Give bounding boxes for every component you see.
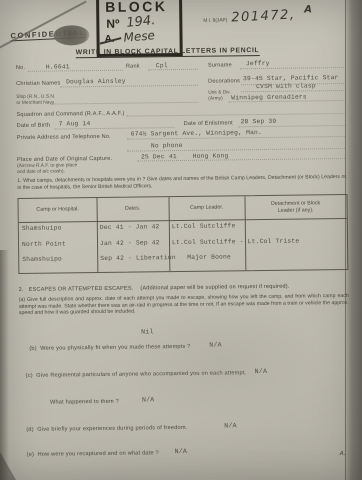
question-e: (e) How were you recaptured and on what … [27,450,159,458]
surname-value: Jeffry [246,60,270,67]
question-1-text: 1. What camps, detachments or hospitals … [17,174,347,191]
date-of-birth-label: Date of Birth [17,123,51,129]
question-c2: What happened to them ? [50,399,119,406]
col-header-detachment-line2: Leader (if any). [245,207,347,214]
date-of-enlistment-value: 28 Sep 39 [241,118,277,125]
col-header-dates: Dates. [97,205,169,212]
answer-d: N/A [224,422,237,429]
unit-div-label-line2: (Army) [208,96,222,101]
camps-table: Camp or Hospital. Dates. Camp Leader. De… [17,194,348,274]
table-row-camp: Shamshuipo [22,255,62,262]
christian-names-value: Douglas Ainsley [66,78,126,86]
table-row-leader: Lt.Col Sutcliffe [172,222,236,230]
answer-e: N/A [175,448,188,455]
paper-stain [120,300,320,420]
col-header-camp: Camp or Hospital. [19,206,97,213]
form-heading: WRITE IN BLOCK CAPITAL LETTERS IN PENCIL [76,47,260,58]
capture-sublabel-line2: and date of a/c crash). [17,169,65,175]
ship-label-line2: or Merchant Navy [16,101,54,106]
mi9-number-handwritten: 201472, [231,7,296,25]
col-header-camp-leader: Camp Leader. [169,204,245,211]
table-row-camp: Shamshuipo [22,224,62,231]
table-row-dates: Sep 42 - Liberation [100,254,176,262]
question-d: (d) Give briefly your experiences during… [26,425,187,433]
private-address-label: Private Address and Telephone No. [17,134,111,141]
block-stamp-title: BLOCK [105,0,167,15]
right-page-edge [344,0,362,480]
table-row-leader: Lt.Col Sutcliffe - Lt.Col Triste [172,238,299,247]
date-of-enlistment-label: Date of Enlistment [184,120,233,127]
table-row-dates: Dec 41 - Jan 42 [100,223,160,231]
rank-label: Rank [126,63,140,69]
pow-questionnaire-scan: CONFIDENTIAL BLOCK Nº 194. A. Mese M.I. … [0,0,362,480]
mi9-label: M.I. 9(JAP) [203,18,227,23]
ship-label-line1: Ship (R.N., U.S.N. [16,95,55,100]
table-row-leader: Major Boone [187,253,231,261]
col-header-detachment-line1: Detachment or Block [245,200,347,207]
decorations-value-line1: 39-45 Star, Pacific Star [243,74,339,82]
left-page-edge [0,250,9,480]
private-address-value-line2: No phone [151,142,183,149]
table-row-camp: North Point [22,240,66,248]
unit-div-label-line1: Unit & Div. [208,90,230,95]
date-of-birth-value: 7 Aug 14 [59,120,91,127]
capture-label: Place and Date of Original Capture. [17,156,112,163]
block-stamp-no-label: Nº [106,17,119,31]
table-row-dates: Jan 42 - Sep 42 [100,239,160,247]
block-stamp-note-handwritten: Mese [123,28,155,45]
section-2-title: 2. ESCAPES OR ATTEMPTED ESCAPES. (Additi… [19,284,290,293]
mi9-suffix-handwritten: A [304,4,312,15]
decorations-label: Decorations [208,78,240,84]
no-label: No. [16,65,25,71]
christian-names-label: Christian Names [16,80,60,87]
hole-punch-blob [53,25,89,45]
right-edge-line [345,0,346,480]
surname-label: Surname [208,62,232,68]
capture-sublabel-line1: (Aircrew R.A.F. to give place [17,163,77,169]
